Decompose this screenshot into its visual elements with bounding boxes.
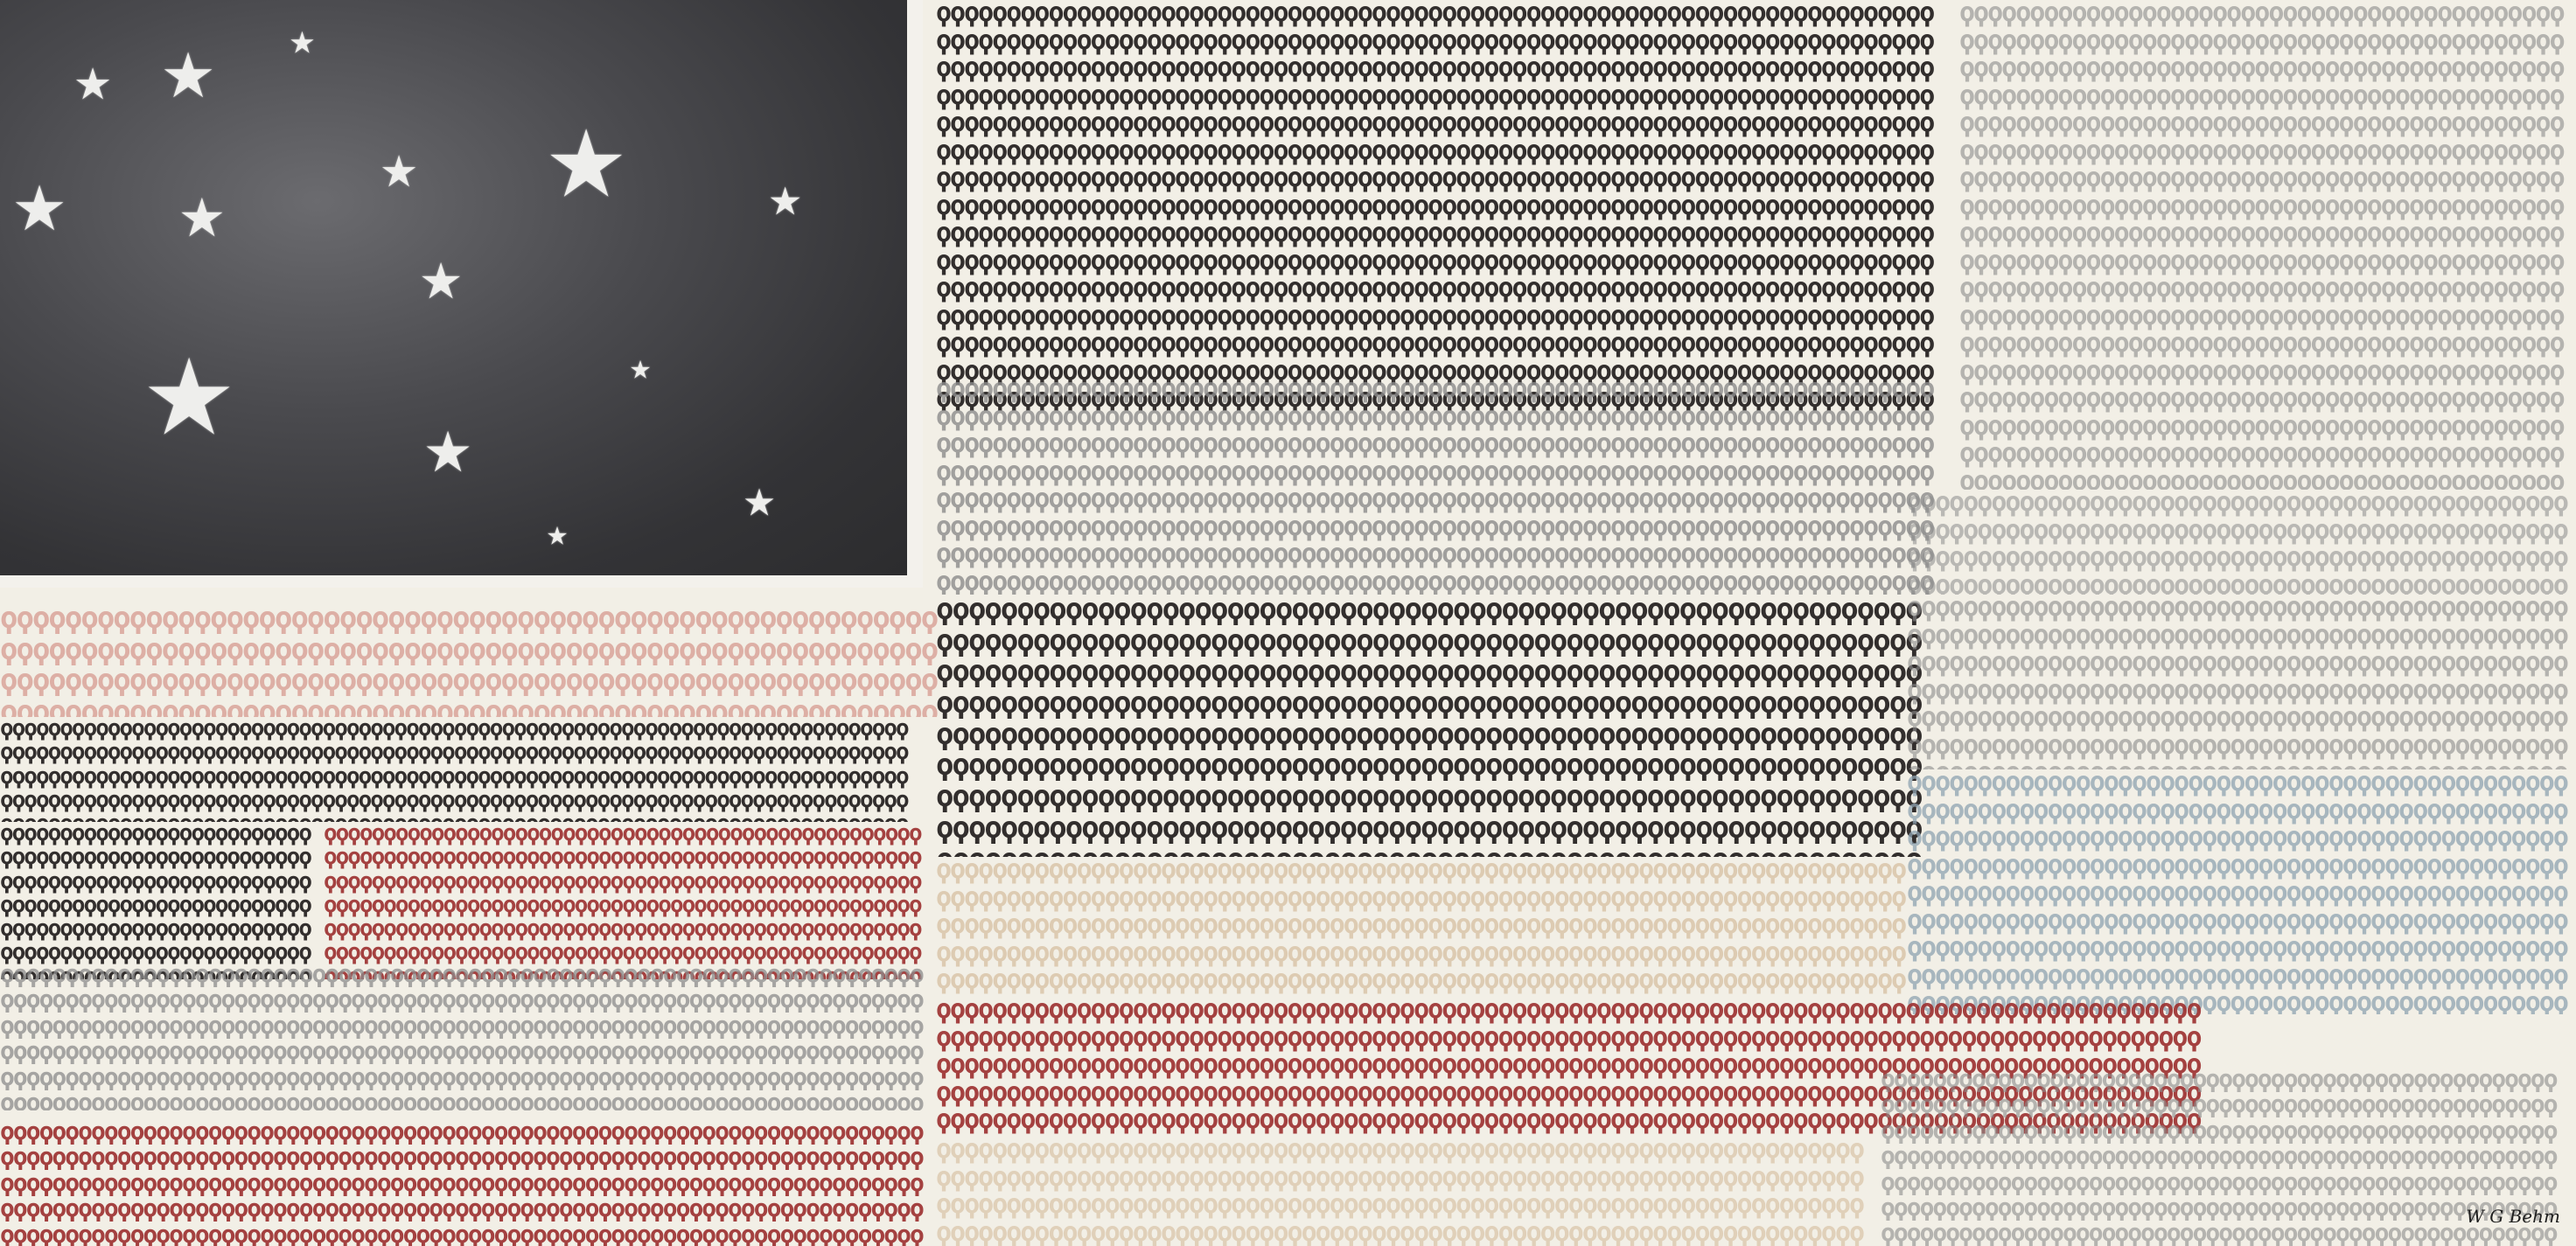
star-icon: ★ — [630, 350, 651, 385]
glyph-band: ϙϙϙϙϙϙϙϙϙϙϙϙϙϙϙϙϙϙϙϙϙϙϙϙϙϙϙϙϙϙϙϙϙϙϙϙϙϙϙϙ… — [0, 1119, 945, 1246]
glyph-band: ϙϙϙϙϙϙϙϙϙϙϙϙϙϙϙϙϙϙϙϙϙϙϙϙϙϙϙϙϙϙϙϙϙϙϙϙϙϙϙϙ… — [936, 1137, 1881, 1246]
glyph-band: ϙϙϙϙϙϙϙϙϙϙϙϙϙϙϙϙϙϙϙϙϙϙϙϙϙϙϙϙϙϙϙϙϙϙϙϙϙϙϙϙ… — [0, 717, 945, 822]
glyph-band: ϙϙϙϙϙϙϙϙϙϙϙϙϙϙϙϙϙϙϙϙϙϙϙϙϙϙϙϙϙϙϙϙϙϙϙϙϙϙϙϙ… — [936, 376, 1959, 595]
star-icon: ★ — [13, 157, 66, 245]
glyph-band: ϙϙϙϙϙϙϙϙϙϙϙϙϙϙϙϙϙϙϙϙϙϙϙϙϙϙϙϙϙϙϙϙϙϙϙϙϙϙϙϙ… — [0, 962, 945, 1110]
glyph-band: ϙϙϙϙϙϙϙϙϙϙϙϙϙϙϙϙϙϙϙϙϙϙϙϙϙϙϙϙϙϙϙϙϙϙϙϙϙϙϙϙ… — [1907, 490, 2576, 595]
artist-signature: W G Behm — [2466, 1206, 2560, 1227]
glyph-band: ϙϙϙϙϙϙϙϙϙϙϙϙϙϙϙϙϙϙϙϙϙϙϙϙϙϙϙϙϙϙϙϙϙϙϙϙϙϙϙϙ… — [936, 857, 1924, 997]
star-icon: ★ — [380, 136, 417, 197]
glyph-band: ϙϙϙϙϙϙϙϙϙϙϙϙϙϙϙϙϙϙϙϙϙϙϙϙϙϙϙϙϙϙϙϙϙϙϙϙϙϙϙϙ… — [936, 0, 1959, 411]
flag-canton: ★★★★★★★★★★★★★★ — [0, 0, 923, 588]
glyph-band: ϙϙϙϙϙϙϙϙϙϙϙϙϙϙϙϙϙϙϙϙϙϙϙϙϙϙϙϙϙϙϙϙϙϙϙϙϙϙϙϙ… — [936, 595, 1924, 857]
star-icon: ★ — [290, 18, 315, 60]
star-icon: ★ — [424, 407, 471, 485]
star-icon: ★ — [769, 170, 801, 224]
star-icon: ★ — [144, 310, 234, 459]
painting: ★★★★★★★★★★★★★★ ϙϙϙϙϙϙϙϙϙϙϙϙϙϙϙϙϙϙϙϙϙϙϙϙϙ… — [0, 0, 2576, 1246]
star-icon: ★ — [179, 174, 225, 249]
glyph-band: ϙϙϙϙϙϙϙϙϙϙϙϙϙϙϙϙϙϙϙϙϙϙϙϙϙϙϙϙϙϙϙϙϙϙϙϙϙϙϙϙ… — [0, 822, 324, 979]
star-icon: ★ — [547, 516, 568, 551]
star-icon: ★ — [547, 87, 625, 219]
glyph-band: ϙϙϙϙϙϙϙϙϙϙϙϙϙϙϙϙϙϙϙϙϙϙϙϙϙϙϙϙϙϙϙϙϙϙϙϙϙϙϙϙ… — [1959, 0, 2576, 490]
star-icon: ★ — [420, 240, 462, 310]
glyph-band: ϙϙϙϙϙϙϙϙϙϙϙϙϙϙϙϙϙϙϙϙϙϙϙϙϙϙϙϙϙϙϙϙϙϙϙϙϙϙϙϙ… — [0, 603, 945, 717]
glyph-band: ϙϙϙϙϙϙϙϙϙϙϙϙϙϙϙϙϙϙϙϙϙϙϙϙϙϙϙϙϙϙϙϙϙϙϙϙϙϙϙϙ… — [1907, 769, 2576, 1014]
star-icon: ★ — [74, 48, 111, 109]
glyph-band: ϙϙϙϙϙϙϙϙϙϙϙϙϙϙϙϙϙϙϙϙϙϙϙϙϙϙϙϙϙϙϙϙϙϙϙϙϙϙϙϙ… — [1907, 595, 2576, 769]
glyph-band: ϙϙϙϙϙϙϙϙϙϙϙϙϙϙϙϙϙϙϙϙϙϙϙϙϙϙϙϙϙϙϙϙϙϙϙϙϙϙϙϙ… — [324, 822, 945, 979]
star-icon: ★ — [162, 24, 214, 112]
star-icon: ★ — [743, 472, 775, 525]
